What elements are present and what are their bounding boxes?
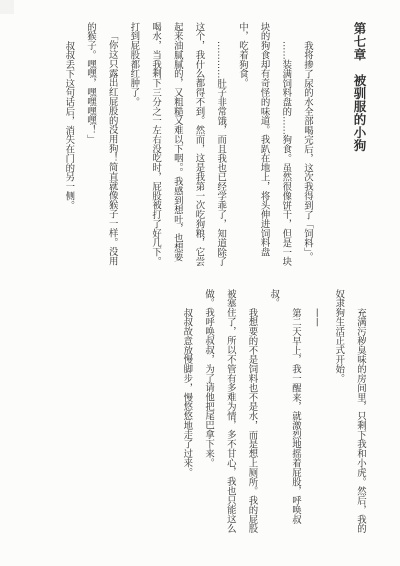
scan-artifact (0, 0, 14, 14)
paragraph: 「你这只露出红屁股的没用狗！简直就像猴子一样。没用的猴子。嘿嘿，嘿嘿嘿嘿！」 (79, 22, 122, 268)
novel-page: 第七章 被驯服的小狗 我将掺了尿的水全部喝完后，这次我得到了「饲料」。……装满饲… (0, 0, 400, 566)
lower-text-block: 充满污秽臭味的房间里，只剩下我和小虎。然后，我的奴隶狗生活正式开始。——第二天早… (176, 289, 371, 541)
chapter-title: 第七章 被驯服的小狗 (348, 22, 371, 268)
paragraph: 叔叔丢下这句话后，消失在门的另一侧。 (58, 22, 80, 268)
paragraph: 叔叔故意放慢脚步，慢悠悠地走了过来。 (176, 289, 198, 541)
paragraph: …………肚子非常饿，而且我也已经学乖了，知道除了这个，我什么都得不到。然而，这是… (123, 22, 232, 268)
upper-text-block: 第七章 被驯服的小狗 我将掺了尿的水全部喝完后，这次我得到了「饲料」。……装满饲… (58, 22, 371, 268)
paragraph: 我将掺了尿的水全部喝完后，这次我得到了「饲料」。 (296, 22, 318, 268)
text-area: 第七章 被驯服的小狗 我将掺了尿的水全部喝完后，这次我得到了「饲料」。……装满饲… (58, 22, 371, 541)
paragraph: ……装满饲料盘的……狗食。虽然很像饼干，但是一块块的狗食却有奇怪的味道。我趴在地… (231, 22, 296, 268)
paragraph: 充满污秽臭味的房间里，只剩下我和小虎。然后，我的奴隶狗生活正式开始。 (328, 289, 371, 541)
paragraph: 我想要的不是饲料也不是水，而是想上厕所。我的屁股被塞住了，所以不管有多难为情，多… (197, 289, 262, 541)
paragraph: 第二天早上，我一醒来，就激烈地摇着屁股，呼唤叔叔。 (262, 289, 305, 541)
separator-dash: —— (306, 289, 328, 541)
